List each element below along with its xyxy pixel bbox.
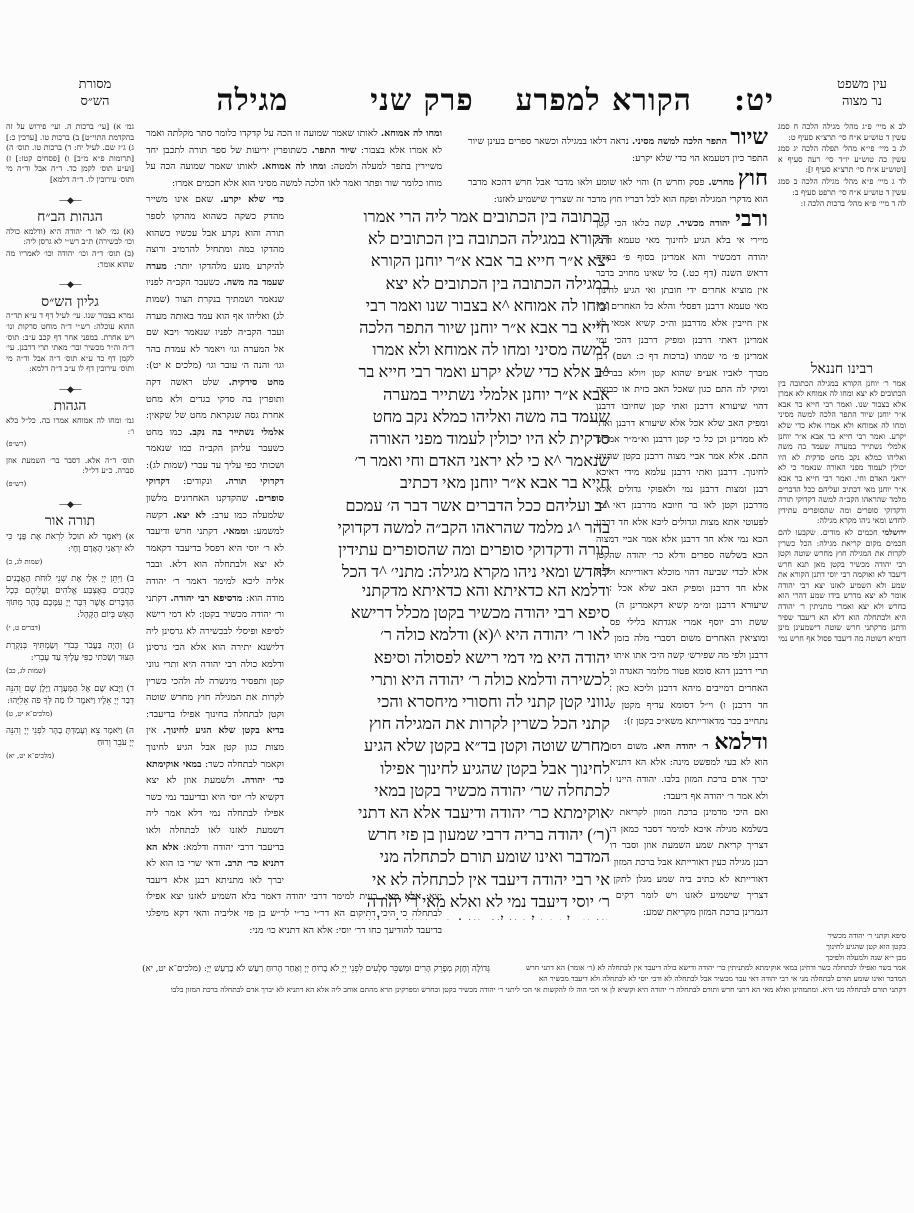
torah-or-verse: ה) וַיֹּאמֶר צֵא וְעָמַדְתָּ בָהָר לִפְנ… <box>6 725 134 749</box>
rashi-dibur-hamatchil: כדי שלא יקרע. <box>220 194 284 205</box>
page-header-daf: יט: הקורא למפרע פרק שני מגילה <box>254 84 774 118</box>
yerushalmi-text: חכמים לא מודים. שקבעו להם חכמים מקום קרי… <box>778 528 906 643</box>
perek-label: פרק שני <box>370 84 473 118</box>
hagahot-ref: (רש״פ) <box>6 479 134 490</box>
ornament-divider: —◆— <box>6 280 134 291</box>
chananel-footer-line: אמר בשר ואפילו לבתחלה כשר ודחינן במאי או… <box>306 962 906 973</box>
rashi-dibur-hamatchil: וממאי. <box>223 526 248 537</box>
torah-or-ref: (מלכים־א יט, יא) <box>6 751 134 762</box>
tosafot-dibur-hamatchil: ורבי <box>735 206 768 232</box>
chananel-footer-line: המדבר ואינו שומע תורם לבתחלה מני אי רבי … <box>6 973 906 984</box>
chananel-side-line: סיפא וקתני ר׳ יהודה מכשיר <box>778 930 906 941</box>
ein-mishpat-column: לב א מיי׳ פ״ג מהל׳ מגילה הלכה ח סמג עשין… <box>778 122 906 211</box>
tosafot-dh-rest: מחרש. <box>708 177 734 188</box>
ner-mitzvah-label: נר מצוה <box>818 93 906 110</box>
rashi-dibur-hamatchil: מחט סידקית. <box>229 377 284 388</box>
gemara-float-spacer <box>284 192 442 882</box>
rashi-dibur-hamatchil: בדיא בקטן שלא הגיע לחינוך. <box>163 725 284 736</box>
daf-number: יט: <box>734 84 774 118</box>
rashi-dibur-hamatchil: ומחו לה אמוחא. <box>262 161 326 172</box>
chananel-footer-line: דקתני תורם לבתחלה מני היא. ומתמהינן ואלא… <box>6 984 906 995</box>
torah-or-verse: א) וַיֹּאמֶר לֹא תוּכַל לִרְאֹת אֶת פָּנ… <box>6 531 134 555</box>
torah-or-ref: (שמות לג, כב) <box>6 666 134 677</box>
rashi-dibur-hamatchil: דקדוקי תורה. <box>225 476 284 487</box>
rashi-text: ונקודים: <box>183 476 212 487</box>
chananel-footer: אמר בשר ואפילו לבתחלה כשר ודחינן במאי או… <box>6 962 906 995</box>
yerushalmi-label: ירושלמי <box>882 528 906 537</box>
rashi-text: שאם אינו משייר מהדק כשקה כשהוא מהדקו לספ… <box>146 194 284 271</box>
ornament-divider: —◆— <box>6 196 134 207</box>
rabbeinu-chananel-column: רבינו חננאל אמר ר׳ יוחנן הקורא במגילה הכ… <box>778 358 906 938</box>
hagahot-habach-entry: (ב) תוס׳ ד״ה וכו׳ יהודה וכו׳ לאמריו מה ש… <box>6 249 134 270</box>
rashi-dibur-hamatchil: שיור התפר. <box>312 145 357 156</box>
ornament-divider: —◆— <box>6 500 134 511</box>
rashi-dibur-hamatchil: אלמלי נשתייר בה נקב. <box>189 427 284 438</box>
hagahot-title: הגהות <box>6 401 134 412</box>
gilyon-hashas-title: גליון הש״ס <box>6 297 134 308</box>
hagahot-entry: תוס׳ ד״ה אלא. דסבר בר׳ השמעת אוזן סברה. … <box>6 456 134 477</box>
rashi-dibur-hamatchil: לא יצא. <box>173 510 206 521</box>
gilyon-hashas-text: גמרא בצבור שנו. עי׳ לעיל דף ד ע״א תד״ה ה… <box>6 311 134 375</box>
masoret-hashas-header: מסורת הש״ס <box>55 76 135 110</box>
torah-or-ref: (שמות לג, כ) <box>6 557 134 568</box>
ein-mishpat-entry: לה ד מיי׳ פ״א מהל׳ ברכות הלכה ז: <box>778 199 906 210</box>
ein-mishpat-entry: לג ב מיי׳ פי״א מהל׳ תפלה הלכה יג סמג עשי… <box>778 144 906 176</box>
rashi-text: כשעבר הקב״ה לפניו שנאמר ושמתיך בנקרת הצו… <box>146 277 284 371</box>
torah-or-verse: ג) וְהָיָה בַּעֲבֹר כְּבֹדִי וְשַׂמְתִּי… <box>6 640 134 664</box>
rabbeinu-chananel-title: רבינו חננאל <box>778 364 906 375</box>
ornament-divider: —◆— <box>6 385 134 396</box>
tosafot-dibur-hamatchil: שיור <box>730 126 768 150</box>
rashi-dibur-hamatchil: אלא מאי. <box>382 891 421 902</box>
chapter-title: הקורא למפרע <box>516 84 692 118</box>
hagahot-habach-entry: (א) גמ׳ לאו ר׳ יהודה היא (ודלמא כולה וכו… <box>6 227 134 248</box>
tosafot-text: ואם היכי מדמינן ברכת המזון לקריאת שמע בש… <box>596 807 768 918</box>
tosafot-dibur-hamatchil: ודלמא <box>714 729 768 755</box>
rashi-dibur-hamatchil: מדסיפא רבי יהודה. <box>170 593 242 604</box>
ein-mishpat-header: עין משפט נר מצוה <box>818 76 906 110</box>
ein-mishpat-label: עין משפט <box>818 76 906 93</box>
left-margin-column: גמ׳ א) [עי׳ ברכות ה. ועי׳ פירוש על זה בה… <box>6 122 134 962</box>
hagahot-ref: (רש״פ) <box>6 439 134 450</box>
tosafot-text: קשה בלאו הכי קטן מיירי אי בלא הגיע לחינו… <box>596 218 768 727</box>
masoret-hashas-text: גמ׳ א) [עי׳ ברכות ה. ועי׳ פירוש על זה בה… <box>6 122 134 186</box>
tosafot-dh-rest: התפר הלכה למשה מסיני. <box>632 136 727 147</box>
torah-or-ref: (דברים ט, י) <box>6 623 134 634</box>
torah-or-verse: ב) וַיִּתֵּן יְיָ אֵלַי אֶת שְׁנֵי לוּחֹ… <box>6 573 134 621</box>
chananel-footer-side: סיפא וקתני ר׳ יהודה מכשיר בקטן הוא קטן ש… <box>778 930 906 963</box>
tosafot-dh-rest: ר׳ יהודה היא. <box>653 741 709 752</box>
hagahot-entry: גמ׳ ומחו לה אמוחא אמרו בה. כל״ל בלא ו׳: <box>6 416 134 437</box>
rashi-column: ומחו לה אמוחא. לאותו שאמר שמועה זו הכה ע… <box>146 126 442 936</box>
masoret-label: מסורת <box>55 76 135 93</box>
rashi-dibur-hamatchil: ומחו לה אמוחא. <box>381 128 442 139</box>
tosafot-dh-rest: יהודה מכשיר. <box>677 218 730 229</box>
hashas-label: הש״ס <box>55 93 135 110</box>
rashi-text: דקתני ור׳ יהודה מכשיר בקטן: לא דמי רישא … <box>146 593 284 720</box>
torah-or-ref: (מלכים־א יט, ט) <box>6 709 134 720</box>
chananel-side-line: בקטן הוא קטן שהגיע לחינוך <box>778 941 906 952</box>
hagahot-habach-title: הגהות הב״ח <box>6 212 134 223</box>
rabbeinu-chananel-text: אמר ר׳ יוחנן הקורא במגילה הכתובה בין הכת… <box>778 379 906 527</box>
torah-or-title: תורה אור <box>6 516 134 527</box>
ein-mishpat-entry: לב א מיי׳ פ״ג מהל׳ מגילה הלכה ח סמג עשין… <box>778 122 906 143</box>
ein-mishpat-entry: לד ג מיי׳ פ״א מהל׳ מגילה הלכה ב סמג עשין… <box>778 177 906 198</box>
tosafot-dibur-hamatchil: חוץ <box>738 165 768 191</box>
tractate-name: מגילה <box>216 84 288 118</box>
torah-or-verse: ד) וַיָּבֹא שָׁם אֶל הַמְּעָרָה וַיָּלֶן… <box>6 683 134 707</box>
